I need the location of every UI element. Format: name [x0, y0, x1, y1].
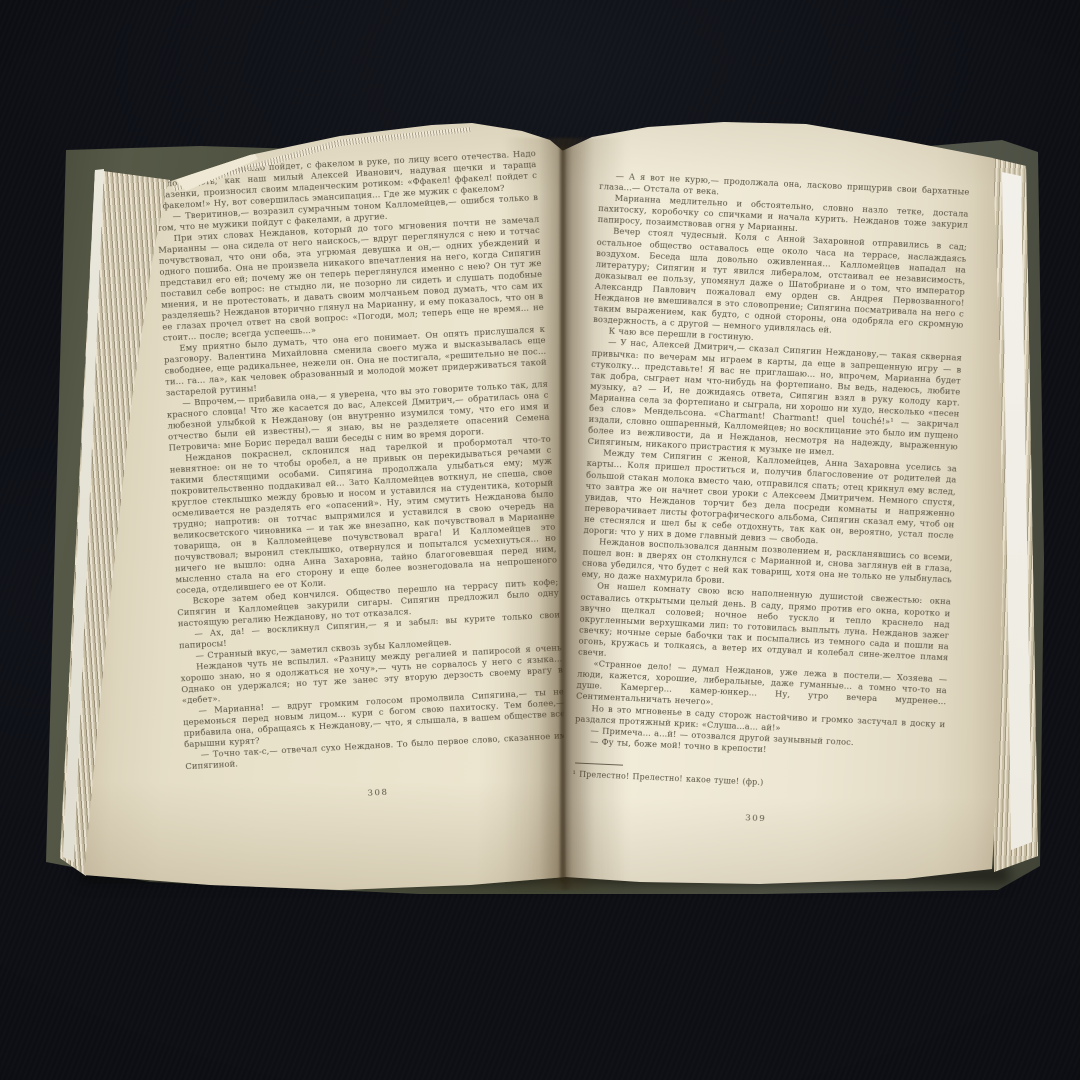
- paragraph: При этих словах Нежданов, который до тог…: [157, 214, 544, 344]
- paragraph: Между тем Сипягин с женой, Калломейцев, …: [583, 447, 957, 552]
- right-page-number: 309: [571, 805, 941, 833]
- gutter-crease: [560, 146, 565, 882]
- paragraph: — У нас, Алексей Дмитрич,— сказал Сипяги…: [587, 336, 962, 464]
- book-photo-scene: ный мужик непременно пойдет, с факелом в…: [0, 0, 1080, 1080]
- paragraph: Нежданов покраснел, склонился над тарелк…: [169, 434, 558, 597]
- paragraph: Вечер стоял чудесный. Коля с Анной Захар…: [593, 225, 967, 342]
- footnote-text: ¹ Прелестно! Прелестно! какое туше! (фр.…: [572, 768, 942, 796]
- right-page-text: — А я вот не курю,— продолжала она, ласк…: [571, 170, 970, 833]
- gutter-shadow: [505, 138, 625, 890]
- right-page-paragraphs: — А я вот не курю,— продолжала она, ласк…: [574, 170, 970, 763]
